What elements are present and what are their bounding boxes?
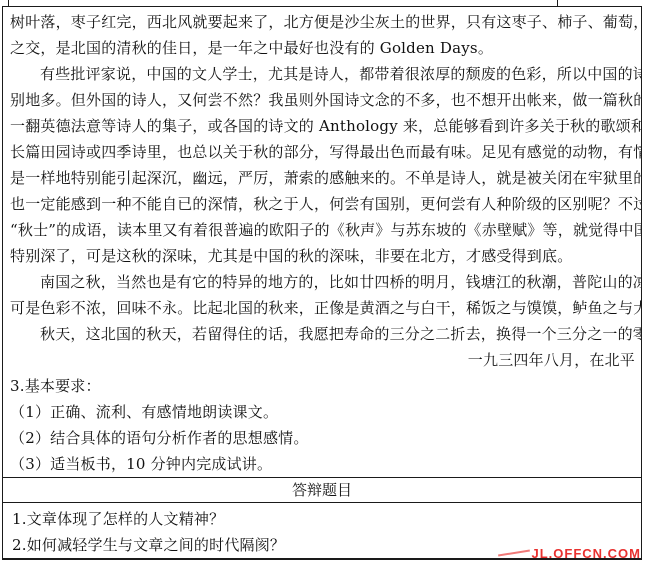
- text-line: “秋士”的成语，读本里又有着很普遍的欧阳子的《秋声》与苏东坡的《赤壁赋》等，就觉…: [10, 217, 637, 243]
- defense-title-row: 答辩题目: [3, 478, 641, 503]
- text-line: 南国之秋，当然也是有它的特异的地方的，比如廿四桥的明月，钱塘江的秋潮，普陀山的凉…: [10, 269, 637, 295]
- text-line: 特别深了，可是这秋的深味，尤其是中国的秋的深味，非要在北方，才感受得到底。: [10, 243, 637, 269]
- text-line: 可是色彩不浓，回味不永。比起北国的秋来，正像是黄酒之与白干，稀饭之与馍馍，鲈鱼之…: [10, 295, 637, 321]
- offcn-watermark: JL.OFFCN.COM: [532, 546, 642, 561]
- defense-title: 答辩题目: [292, 481, 352, 499]
- text-line: 树叶落，枣子红完，西北风就要起来了，北方便是沙尘灰土的世界，只有这枣子、柿子、葡…: [10, 9, 637, 35]
- date-line: 一九三四年八月，在北平: [10, 347, 637, 373]
- exam-paper-table: 树叶落，枣子红完，西北风就要起来了，北方便是沙尘灰土的世界，只有这枣子、柿子、葡…: [2, 6, 642, 560]
- text-line: 秋天，这北国的秋天，若留得住的话，我愿把寿命的三分之二折去，换得一个三分之一的零…: [10, 321, 637, 347]
- requirement-item: （1）正确、流利、有感情地朗读课文。: [10, 399, 637, 425]
- requirements-heading: 3.基本要求：: [10, 373, 637, 399]
- requirement-item: （3）适当板书，10 分钟内完成试讲。: [10, 451, 637, 477]
- text-line: 有些批评家说，中国的文人学士，尤其是诗人，都带着很浓厚的颓废的色彩，所以中国的诗…: [10, 61, 637, 87]
- watermark-text: JL.OFFCN.COM: [532, 546, 642, 561]
- question-line: 1.文章体现了怎样的人文精神？: [12, 506, 637, 532]
- document-page: 树叶落，枣子红完，西北风就要起来了，北方便是沙尘灰土的世界，只有这枣子、柿子、葡…: [0, 0, 646, 565]
- text-line: 之交，是北国的清秋的佳日，是一年之中最好也没有的 Golden Days。: [10, 35, 637, 61]
- text-line: 是一样地特别能引起深沉，幽远，严厉，萧索的感触来的。不单是诗人，就是被关闭在牢狱…: [10, 165, 637, 191]
- text-line: 别地多。但外国的诗人，又何尝不然？我虽则外国诗文念的不多，也不想开出帐来，做一篇…: [10, 87, 637, 113]
- text-line: 一翻英德法意等诗人的集子，或各国的诗文的 Anthology 来，总能够看到许多…: [10, 113, 637, 139]
- passage-section: 树叶落，枣子红完，西北风就要起来了，北方便是沙尘灰土的世界，只有这枣子、柿子、葡…: [3, 7, 641, 478]
- requirement-item: （2）结合具体的语句分析作者的思想感情。: [10, 425, 637, 451]
- text-line: 长篇田园诗或四季诗里，也总以关于秋的部分，写得最出色而最有味。足见有感觉的动物，…: [10, 139, 637, 165]
- text-line: 也一定能感到一种不能自已的深情，秋之于人，何尝有国别，更何尝有人种阶级的区别呢？…: [10, 191, 637, 217]
